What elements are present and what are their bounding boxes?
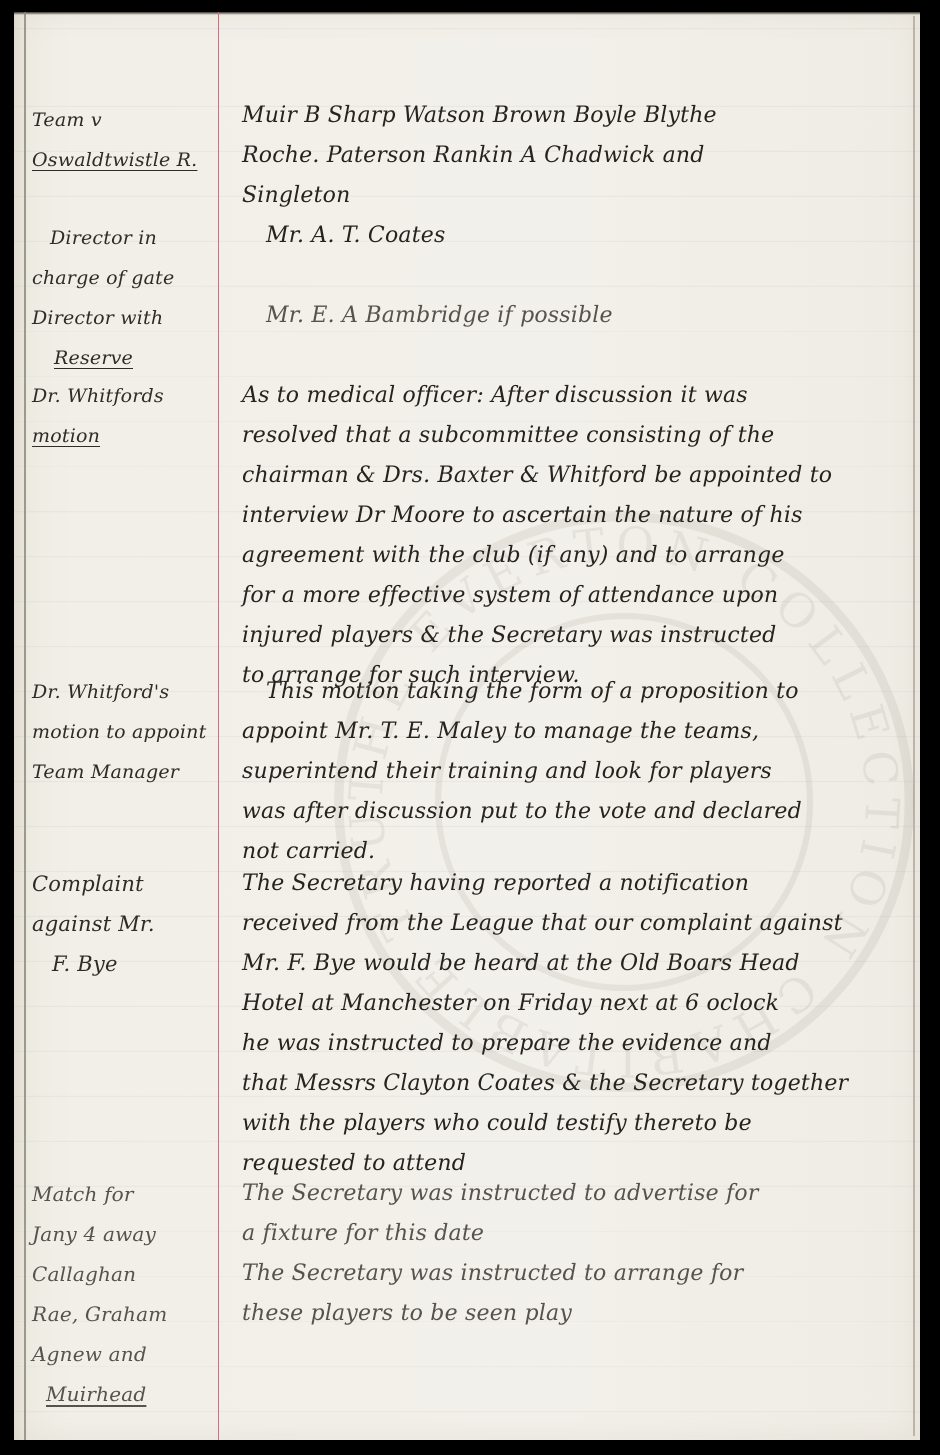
margin-note-team: Team v Oswaldtwistle R. xyxy=(32,100,214,180)
margin-note-line: Team v xyxy=(32,100,214,140)
entry-line: agreement with the club (if any) and to … xyxy=(242,536,914,576)
margin-note-whitford-motion: Dr. Whitfords motion xyxy=(32,376,214,456)
entry-team-manager: This motion taking the form of a proposi… xyxy=(242,672,914,872)
entry-line: The Secretary was instructed to arrange … xyxy=(242,1254,914,1294)
entry-line: The Secretary having reported a notifica… xyxy=(242,864,914,904)
margin-note-line: Complaint xyxy=(32,864,214,904)
entry-line: superintend their training and look for … xyxy=(242,752,914,792)
entry-line: with the players who could testify there… xyxy=(242,1104,914,1144)
entry-line: injured players & the Secretary was inst… xyxy=(242,616,914,656)
entry-line: that Messrs Clayton Coates & the Secreta… xyxy=(242,1064,914,1104)
margin-note-line: Oswaldtwistle R. xyxy=(32,140,214,180)
margin-note-line: Dr. Whitfords xyxy=(32,376,214,416)
entry-team-selection: Muir B Sharp Watson Brown Boyle Blythe R… xyxy=(242,96,914,216)
entry-director-reserve: Mr. E. A Bambridge if possible xyxy=(242,296,914,336)
margin-note-line: Team Manager xyxy=(32,752,214,792)
minute-book-page: THE EVERTON COLLECTION CHARITABLE TRUST … xyxy=(14,12,920,1440)
margin-note-match: Match for Jany 4 away Callaghan Rae, Gra… xyxy=(32,1174,214,1414)
margin-note-director-gate: Director in charge of gate xyxy=(32,218,214,298)
entry-match: The Secretary was instructed to advertis… xyxy=(242,1174,914,1334)
entry-line: he was instructed to prepare the evidenc… xyxy=(242,1024,914,1064)
margin-note-line: Jany 4 away xyxy=(32,1214,214,1254)
binding-edge xyxy=(24,12,26,1440)
entry-line: Hotel at Manchester on Friday next at 6 … xyxy=(242,984,914,1024)
entry-line: for a more effective system of attendanc… xyxy=(242,576,914,616)
margin-note-line: against Mr. xyxy=(32,904,214,944)
margin-note-line: Dr. Whitford's xyxy=(32,672,214,712)
page-top-shadow xyxy=(14,12,920,15)
entry-line: these players to be seen play xyxy=(242,1294,914,1334)
margin-note-line: Rae, Graham xyxy=(32,1294,214,1334)
entry-line: The Secretary was instructed to advertis… xyxy=(242,1174,914,1214)
entry-line: interview Dr Moore to ascertain the natu… xyxy=(242,496,914,536)
margin-note-line: F. Bye xyxy=(32,944,214,984)
entry-line: received from the League that our compla… xyxy=(242,904,914,944)
margin-note-director-reserve: Director with Reserve xyxy=(32,298,214,378)
entry-line: Mr. F. Bye would be heard at the Old Boa… xyxy=(242,944,914,984)
margin-note-line: charge of gate xyxy=(32,258,214,298)
margin-note-line: Director in xyxy=(32,218,214,258)
margin-note-line: motion to appoint xyxy=(32,712,214,752)
red-margin-rule xyxy=(218,12,219,1440)
entry-line: appoint Mr. T. E. Maley to manage the te… xyxy=(242,712,914,752)
margin-note-line: Director with xyxy=(32,298,214,338)
entry-complaint: The Secretary having reported a notifica… xyxy=(242,864,914,1184)
entry-line: As to medical officer: After discussion … xyxy=(242,376,914,416)
entry-line: resolved that a subcommittee consisting … xyxy=(242,416,914,456)
entry-line: was after discussion put to the vote and… xyxy=(242,792,914,832)
entry-director-gate: Mr. A. T. Coates xyxy=(242,216,914,256)
entry-line: Mr. E. A Bambridge if possible xyxy=(242,296,914,336)
margin-note-line: Reserve xyxy=(32,338,214,378)
margin-note-whitford-manager: Dr. Whitford's motion to appoint Team Ma… xyxy=(32,672,214,792)
margin-note-line: Muirhead xyxy=(32,1374,214,1414)
entry-line: Mr. A. T. Coates xyxy=(242,216,914,256)
margin-note-line: motion xyxy=(32,416,214,456)
entry-line: Roche. Paterson Rankin A Chadwick and xyxy=(242,136,914,176)
entry-line: chairman & Drs. Baxter & Whitford be app… xyxy=(242,456,914,496)
margin-note-line: Callaghan xyxy=(32,1254,214,1294)
entry-line: Singleton xyxy=(242,176,914,216)
margin-note-line: Agnew and xyxy=(32,1334,214,1374)
entry-line: This motion taking the form of a proposi… xyxy=(242,672,914,712)
entry-line: a fixture for this date xyxy=(242,1214,914,1254)
margin-note-line: Match for xyxy=(32,1174,214,1214)
entry-line: Muir B Sharp Watson Brown Boyle Blythe xyxy=(242,96,914,136)
margin-note-complaint: Complaint against Mr. F. Bye xyxy=(32,864,214,984)
entry-medical-officer: As to medical officer: After discussion … xyxy=(242,376,914,696)
